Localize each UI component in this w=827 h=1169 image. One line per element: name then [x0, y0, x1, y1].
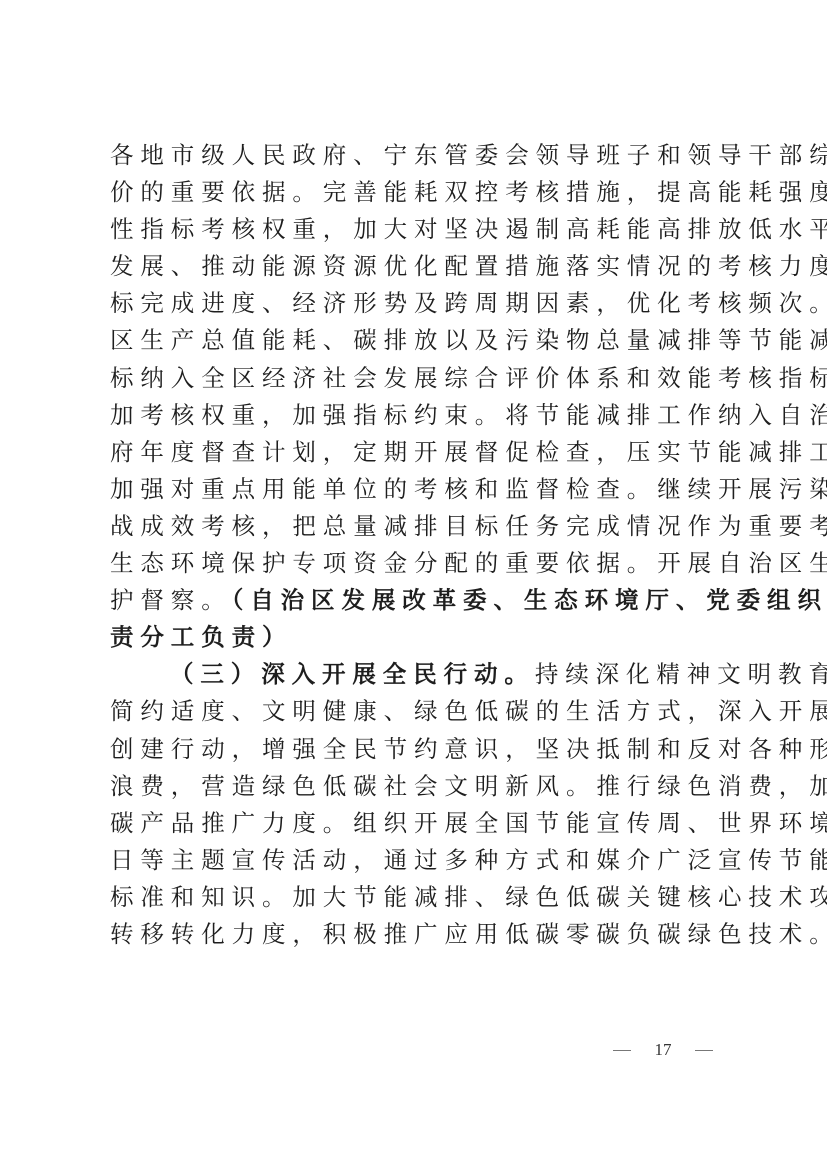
responsible-departments-note-end: 责分工负责）: [110, 619, 720, 656]
text-line: 标纳入全区经济社会发展综合评价体系和效能考核指标体系，增: [110, 360, 720, 397]
text-line: 创建行动，增强全民节约意识，坚决抵制和反对各种形式的奢侈: [110, 731, 720, 768]
section-heading-line: （三）深入开展全民行动。持续深化精神文明教育，大力倡导: [110, 656, 720, 693]
page-number: 17: [655, 1040, 672, 1060]
text-segment: 持续深化精神文明教育，大力倡导: [535, 660, 827, 688]
text-line: 性指标考核权重，加大对坚决遏制高耗能高排放低水平项目盲目: [110, 211, 720, 248]
text-line: 加强对重点用能单位的考核和监督检查。继续开展污染防治攻坚: [110, 471, 720, 508]
text-segment: 护督察。: [110, 586, 232, 614]
text-line: 标完成进度、经济形势及跨周期因素，优化考核频次。将单位地: [110, 285, 720, 322]
document-page: 各地市级人民政府、宁东管委会领导班子和领导干部综合考核评 价的重要依据。完善能耗…: [0, 0, 827, 1169]
text-line: 浪费，营造绿色低碳社会文明新风。推行绿色消费，加大绿色低: [110, 768, 720, 805]
text-line: 日等主题宣传活动，通过多种方式和媒介广泛宣传节能减排法规、: [110, 842, 720, 879]
body-text: 各地市级人民政府、宁东管委会领导班子和领导干部综合考核评 价的重要依据。完善能耗…: [110, 137, 720, 953]
text-line: 发展、推动能源资源优化配置措施落实情况的考核力度，统筹目: [110, 248, 720, 285]
text-line: 护督察。（自治区发展改革委、生态环境厅、党委组织部等按职: [110, 582, 720, 619]
dash-right: [695, 1050, 713, 1051]
text-line: 区生产总值能耗、碳排放以及污染物总量减排等节能减排相关指: [110, 322, 720, 359]
page-footer: 17: [613, 1040, 713, 1060]
text-line: 转移转化力度，积极推广应用低碳零碳负碳绿色技术。发挥行业: [110, 916, 720, 953]
text-line: 价的重要依据。完善能耗双控考核措施，提高能耗强度降低约束: [110, 174, 720, 211]
text-line: 碳产品推广力度。组织开展全国节能宣传周、世界环境日、低碳: [110, 805, 720, 842]
text-line: 各地市级人民政府、宁东管委会领导班子和领导干部综合考核评: [110, 137, 720, 174]
text-line: 战成效考核，把总量减排目标任务完成情况作为重要考核内容和: [110, 508, 720, 545]
dash-left: [613, 1050, 631, 1051]
text-line: 标准和知识。加大节能减排、绿色低碳关键核心技术攻关和成果: [110, 879, 720, 916]
text-line: 简约适度、文明健康、绿色低碳的生活方式，深入开展绿色生活: [110, 693, 720, 730]
text-line: 加考核权重，加强指标约束。将节能减排工作纳入自治区人民政: [110, 397, 720, 434]
text-line: 生态环境保护专项资金分配的重要依据。开展自治区生态环境保: [110, 545, 720, 582]
section-heading: （三）深入开展全民行动。: [170, 660, 535, 688]
text-line: 府年度督查计划，定期开展督促检查，压实节能减排工作责任。: [110, 434, 720, 471]
responsible-departments-note: （自治区发展改革委、生态环境厅、党委组织部等按职: [232, 586, 827, 614]
